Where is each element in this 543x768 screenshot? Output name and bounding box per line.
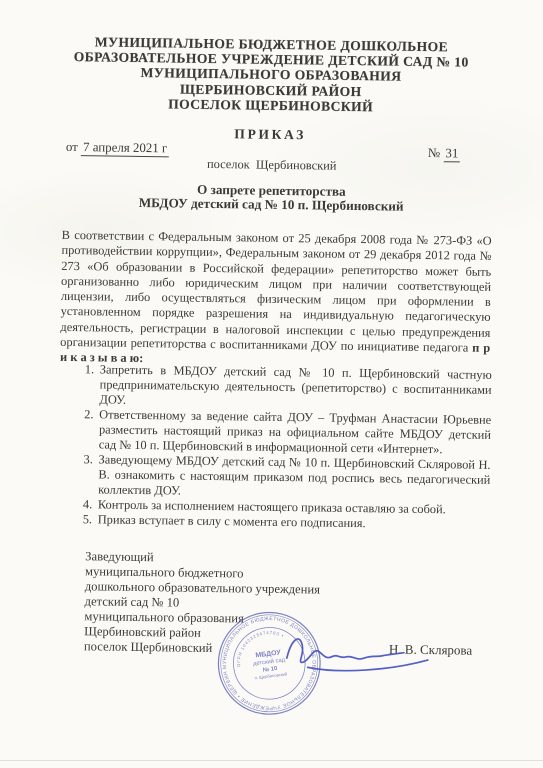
list-line-text: коллектив ДОУ.: [98, 483, 181, 498]
handwritten-signature-icon: [282, 630, 433, 680]
order-number-label: №: [428, 146, 441, 160]
list-number: 1.: [85, 362, 95, 377]
list-number: 4.: [83, 498, 93, 513]
order-subject: О запрете репетиторстваМБДОУ детский сад…: [55, 181, 487, 215]
body-paragraph: В соответствии с Федеральным законом от …: [60, 228, 492, 372]
order-place: поселок Щербиновский: [56, 155, 488, 176]
list-number: 3.: [83, 452, 93, 467]
scan-bottom-edge: [0, 760, 543, 761]
list-number: 5.: [83, 513, 93, 528]
list-line-text: Приказ вступает в силу с момента его под…: [98, 513, 366, 531]
document-content: МУНИЦИПАЛЬНОЕ БЮДЖЕТНОЕ ДОШКОЛЬНОЕОБРАЗО…: [0, 0, 543, 768]
order-list: 1.Запретить в МБДОУ детский сад № 10 п. …: [60, 362, 492, 534]
order-date-prefix: от: [66, 140, 78, 154]
scanned-order-page: МУНИЦИПАЛЬНОЕ БЮДЖЕТНОЕ ДОШКОЛЬНОЕОБРАЗО…: [0, 0, 543, 768]
org-header: МУНИЦИПАЛЬНОЕ БЮДЖЕТНОЕ ДОШКОЛЬНОЕОБРАЗО…: [54, 34, 487, 116]
order-date: от 7 апреля 2021 г: [66, 140, 170, 156]
list-number: 2.: [84, 407, 94, 422]
body-line-emphasis: п р: [468, 341, 490, 355]
signature-underline-flourish: [308, 658, 428, 671]
signature-stroke: [287, 639, 404, 664]
list-line-text: ДОУ.: [99, 393, 126, 407]
